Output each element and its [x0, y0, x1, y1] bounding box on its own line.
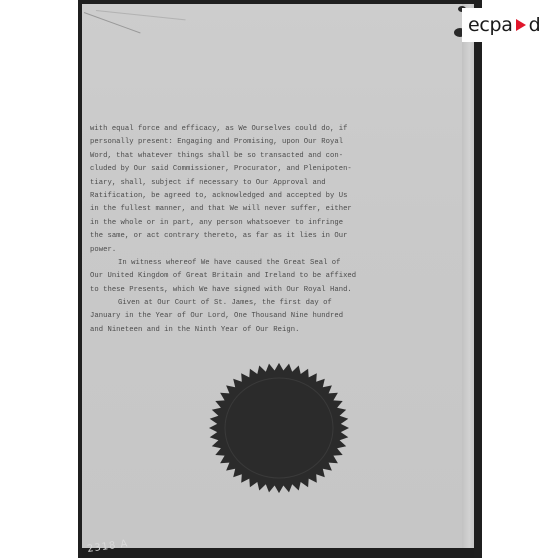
document-text-line: In witness whereof We have caused the Gr… — [90, 257, 390, 270]
document-body-text: with equal force and efficacy, as We Our… — [90, 123, 390, 337]
document-text-line: tiary, shall, subject if necessary to Ou… — [90, 177, 390, 190]
logo-text-prefix: ecpa — [468, 14, 513, 36]
paper-edge-strip — [462, 4, 474, 548]
document-text-line: January in the Year of Our Lord, One Tho… — [90, 310, 390, 323]
document-text-line: in the whole or in part, any person what… — [90, 217, 390, 230]
document-text-line: power. — [90, 244, 390, 257]
document-text-line: and Nineteen and in the Ninth Year of Ou… — [90, 324, 390, 337]
wax-seal — [208, 362, 350, 494]
document-text-line: the same, or act contrary thereto, as fa… — [90, 230, 390, 243]
document-text-line: Word, that whatever things shall be so t… — [90, 150, 390, 163]
plate-scratch — [84, 12, 141, 33]
logo-text-suffix: d — [529, 14, 541, 36]
document-text-line: to these Presents, which We have signed … — [90, 284, 390, 297]
ecpad-watermark-logo: ecpa d — [462, 8, 558, 42]
plate-bottom-edge — [82, 548, 474, 558]
document-text-line: Given at Our Court of St. James, the fir… — [90, 297, 390, 310]
document-text-line: Ratification, be agreed to, acknowledged… — [90, 190, 390, 203]
document-text-line: cluded by Our said Commissioner, Procura… — [90, 163, 390, 176]
document-text-line: in the fullest manner, and that We will … — [90, 203, 390, 216]
document-text-line: with equal force and efficacy, as We Our… — [90, 123, 390, 136]
document-text-line: personally present: Engaging and Promisi… — [90, 136, 390, 149]
play-arrow-icon — [516, 19, 526, 31]
document-text-line: Our United Kingdom of Great Britain and … — [90, 270, 390, 283]
plate-scratch — [96, 10, 186, 20]
